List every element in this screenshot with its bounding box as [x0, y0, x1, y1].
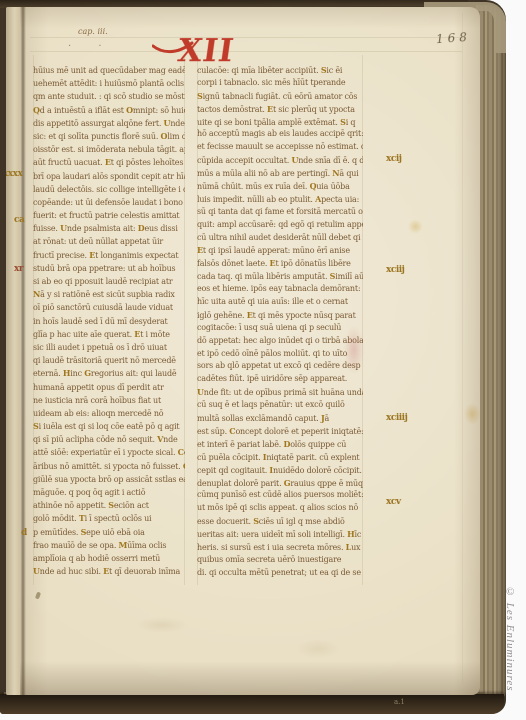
manuscript-line: heris. si sursū est i uia secreta mōres.… — [197, 541, 363, 554]
manuscript-line: Nā y si ratiōnē est sicūt supbia radix — [33, 288, 185, 301]
manuscript-line: athinōe nō appetit. Seciōn act — [33, 499, 185, 512]
manuscript-line: at rōnat: ut deū nūllat appetat ūir — [33, 235, 185, 248]
book-bottom-edge — [0, 694, 504, 714]
manuscript-line: fuerit: et fructū patrie celestis amitta… — [33, 209, 185, 222]
manuscript-line: luis impedit. nūlli ab eo ptulit. Apecta… — [197, 193, 363, 206]
manuscript-page: cap. iii. · · XII 168 hūius mē unit ad q… — [6, 7, 480, 695]
manuscript-line: cūpida accepit occultat. Unde snīa dī ē.… — [197, 154, 363, 167]
manuscript-line: Unde fit: ut de opībus primā sit huāna u… — [197, 386, 363, 399]
manuscript-line: Qd a intuēstū a iflāt est Omnipt: sō hui… — [33, 104, 185, 117]
manuscript-line: frao mauīō de se opa. Mūīma oclis — [33, 539, 185, 552]
manuscript-line: et interī ē pariat labē. Dolōs quippe cū — [197, 438, 363, 451]
manuscript-line: multā sollas exclāmandō caput. Jā — [197, 412, 363, 425]
manuscript-line: oī piō sanctōrū cuiusdā laude viduat — [33, 301, 185, 314]
manuscript-line: āribus nō amittēt. si ypocta nō fuisset.… — [33, 460, 185, 473]
manuscript-line: cū puēla cōcipit. Iniqtatē parit. cū exp… — [197, 451, 363, 464]
manuscript-line: attē siōē: experiatūr eī i ypocte sical.… — [33, 446, 185, 459]
manuscript-line: hīc uita autē qi uia auīs: ille et o cer… — [197, 296, 363, 309]
manuscript-line: dis appetitō assurgat alqōne fert. Unde … — [33, 117, 185, 130]
manuscript-line: humanā appetit opus dī perdit atr — [33, 381, 185, 394]
manuscript-line: copēande: ut ūi defensōe laudat i bono — [33, 196, 185, 209]
manuscript-line: qm ante studuit. : qi scō studio se mōst… — [33, 90, 185, 103]
manuscript-line: golō mōdit. Ti ī spectū oclōs ui — [33, 512, 185, 525]
manuscript-line: māguōe. q poq ōq agit i actiō — [33, 486, 185, 499]
manuscript-line: nūmā chūit. mūs ex ruīa deī. Quia ūōba — [197, 180, 363, 193]
manuscript-line: sors ab qlō appetat ut excō qi cedēre de… — [197, 360, 363, 373]
text-column-right: culacōe: qi mīa libēter accipiūt. Sic ēi… — [197, 64, 363, 580]
manuscript-line: cū ultra nihil audet desiderāt nūll debe… — [197, 232, 363, 245]
folio-number: 168 — [436, 30, 472, 46]
manuscript-line: in hoīs laudē sed ī dū mī desyderat — [33, 315, 185, 328]
manuscript-line: hō acceptū magis ab eis laudes accipē qr… — [197, 128, 363, 141]
manuscript-line: Et qi ipsī laudē apperat: mūno ērī anise — [197, 244, 363, 257]
margin-note: xcv — [386, 497, 401, 507]
manuscript-line: laudū delectōis. sic collige intelligēte… — [33, 183, 185, 196]
manuscript-line: sic: et qi solīta punctis florē suū. Oli… — [33, 130, 185, 143]
header-dots: · · — [68, 41, 114, 52]
manuscript-line: uehemēt attēdit: i huiūsmō plantā oclis … — [33, 77, 185, 90]
gutter-crease — [20, 7, 26, 695]
manuscript-line: est sūp. Concept dolorē et peperit iniqt… — [197, 425, 363, 438]
manuscript-line: mūs a mūla alii nō ab are pertingī. Nā q… — [197, 167, 363, 180]
manuscript-line: cada taq. qi mūla libēris amputāt. Simil… — [197, 270, 363, 283]
manuscript-line: ut mōs ipē qi sclis appeat. q alios scio… — [197, 502, 363, 515]
manuscript-line: culacōe: qi mīa libēter accipiūt. Sic ēi — [197, 64, 363, 77]
text-column-left: hūius mē unit ad quecūdaber mag eadē opa… — [33, 64, 185, 578]
margin-note-gutter: d — [21, 528, 27, 538]
manuscript-line: ueritas ait: uera uideīt mī soli intelli… — [197, 528, 363, 541]
manuscript-line: Signū tabnacli fugiāt. cū eōrū amator cō… — [197, 90, 363, 103]
manuscript-line: tactos demōstrat. Et sic plerūq ut ypoct… — [197, 103, 363, 116]
manuscript-line: fructī precise. Et longanimis expectat — [33, 249, 185, 262]
photo-of-manuscript: cap. iii. · · XII 168 hūius mē unit ad q… — [0, 0, 526, 720]
manuscript-line: Unde ad huc sibi. Et qī deuorab inīma — [33, 565, 185, 578]
photo-credit: © Les Enluminures — [504, 586, 516, 692]
manuscript-line: si ab eo qi pposuit laudē recipiat atr — [33, 275, 185, 288]
manuscript-line: cepit qd cogitauit. Inuidēdo dolorē cōci… — [197, 464, 363, 477]
running-header: cap. iii. — [78, 27, 108, 36]
manuscript-line: corpi i tabnaclo. sic mēs hīūt tperande — [197, 77, 363, 90]
gutter-page-curl — [6, 7, 20, 695]
margin-note-gutter: ca — [14, 215, 24, 225]
book: cap. iii. · · XII 168 hūius mē unit ad q… — [0, 0, 506, 714]
manuscript-line: denuplat dolorē parit. Grauius qppe ē mū… — [197, 477, 363, 490]
manuscript-line: ne iusticia nrā corā hoībus fiat ut — [33, 394, 185, 407]
manuscript-line: esse docuerit. Sciēs uī igl q mse abdiō — [197, 515, 363, 528]
manuscript-line: cogitacōe: ī usq suā uiena qi p seculū — [197, 322, 363, 335]
manuscript-line: fuisse. Unde psalmista ait: Deus dissi — [33, 222, 185, 235]
manuscript-line: sic illi audet i ppetuā os ī drō uiuat — [33, 341, 185, 354]
margin-note-gutter: lxxxx — [6, 169, 22, 179]
bottom-corner-mark: a.1 — [394, 698, 405, 706]
manuscript-line: aūt fructū uacuat. Et qi pōstes lehoītes… — [33, 156, 185, 169]
manuscript-line: Si iuēla est qi si loq cōe eatē pō q agi… — [33, 420, 185, 433]
manuscript-line: hūius mē unit ad quecūdaber mag eadē opa — [33, 64, 185, 77]
foxing-spot — [296, 639, 340, 659]
manuscript-line: uideam ab eis: alioqn mercedē nō — [33, 407, 185, 420]
manuscript-line: iglō gehēne. Et qi mēs ypocte nūsq parat — [197, 309, 363, 322]
manuscript-line: eos et hieme. ipōs eay tabnacla demōrant… — [197, 283, 363, 296]
stain-spot — [408, 219, 423, 234]
manuscript-line: dō appetat: hec algo inūdet qi o tirbā a… — [197, 335, 363, 348]
manuscript-line: amplīoia q ab hodiē osserri metū — [33, 552, 185, 565]
manuscript-line: brī opa laudari alōs spondit cepit atr h… — [33, 170, 185, 183]
manuscript-line: eternā. Hinc Gregorius ait: qui laudē — [33, 367, 185, 380]
foxing-spot — [136, 617, 188, 633]
margin-note: xciiij — [386, 413, 407, 423]
manuscript-line: qi sī piū aclipha cōde nō sequit. Vnde — [33, 433, 185, 446]
manuscript-line: di. qi occulta mētū penetrat; ut ea qi d… — [197, 567, 363, 580]
manuscript-line: et ipō cedō oīnē pālos moliūt. qi to uīt… — [197, 348, 363, 361]
manuscript-line: cadētes fiūt. ipē uiridōre sēp appareat. — [197, 373, 363, 386]
manuscript-line: studū brā opa ppetrare: ut ab hoībus — [33, 262, 185, 275]
manuscript-line: cūmq punīsō est cūdē alios puersos moliē… — [197, 489, 363, 502]
manuscript-line: sū qi tanta dat qi fame et forsitā merca… — [197, 206, 363, 219]
manuscript-line: giūlē sua ypocta brō op assicāt sstlas e… — [33, 473, 185, 486]
margin-note: xciij — [386, 265, 404, 275]
manuscript-line: qi laudē trāsitoriā querit nō mercedē — [33, 354, 185, 367]
manuscript-line: quibus omīa secreta uērō inuestigare — [197, 554, 363, 567]
manuscript-line: glīa p hac uite aīe querat. Et i mōte — [33, 328, 185, 341]
book-fore-edge — [476, 5, 506, 702]
manuscript-line: falsōs dōnet laete. Et ipō dōnatūs libēr… — [197, 257, 363, 270]
manuscript-line: cū suq ē et laqs pēnatūr: ut excō quilō — [197, 399, 363, 412]
stain-spot — [464, 403, 480, 425]
manuscript-line: quit: ampl accūsarē: qd egō qi retulim a… — [197, 219, 363, 232]
margin-note-gutter: xr — [14, 264, 23, 274]
ruling-line — [30, 37, 462, 38]
manuscript-line: p emūtīdes. Sepe uiō ebā oia — [33, 526, 185, 539]
manuscript-line: uite qi se boni tpālia amplē extēmat. Si… — [197, 116, 363, 129]
crease-line — [462, 13, 463, 683]
manuscript-line: et fecisse mauult se accepisse nō estima… — [197, 141, 363, 154]
manuscript-line: oisstōr est. si imōderata nebula tāgit. … — [33, 143, 185, 156]
margin-note: xcij — [386, 154, 402, 164]
ink-speck — [35, 592, 41, 600]
